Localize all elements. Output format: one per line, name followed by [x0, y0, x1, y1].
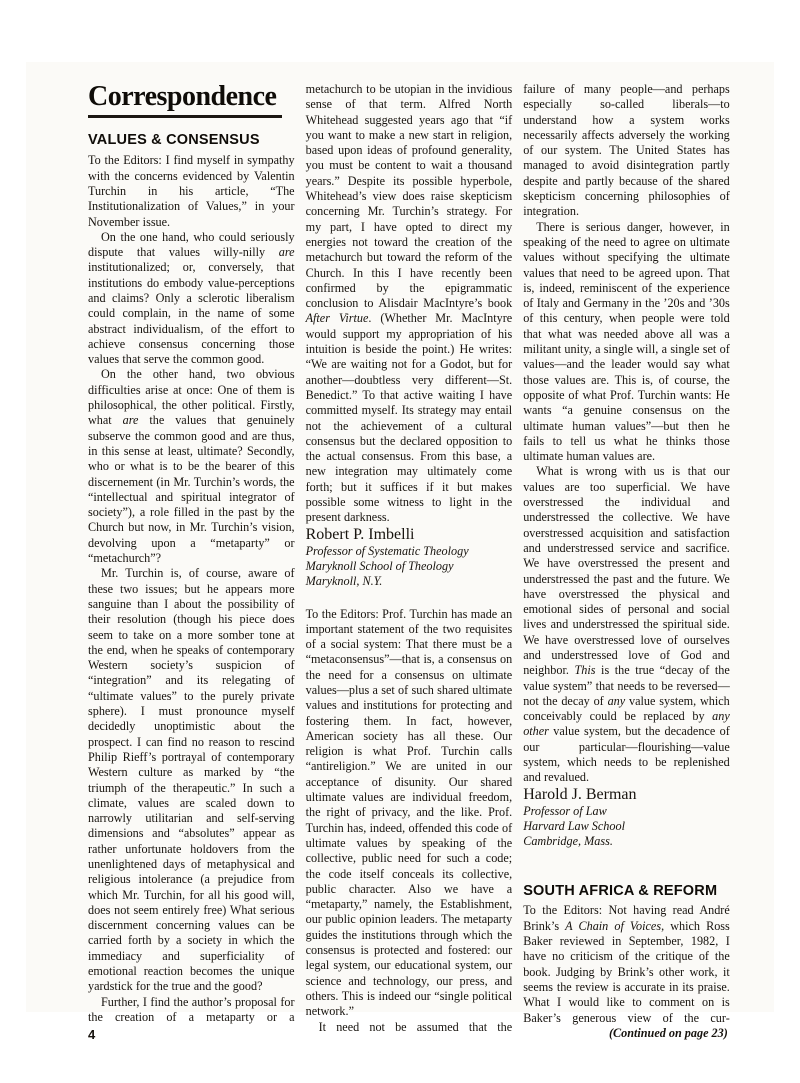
credential: Harvard Law School [523, 819, 730, 834]
paragraph: failure of many people—and perhaps espec… [523, 82, 730, 220]
credential: Maryknoll, N.Y. [306, 574, 513, 589]
paragraph: To the Editors: Not having read André Br… [523, 903, 730, 1025]
paragraph: On the other hand, two obvious difficult… [88, 367, 295, 566]
paragraph: metachurch to be utopian in the invidiou… [306, 82, 513, 526]
paragraph: There is serious danger, however, in spe… [523, 220, 730, 465]
column-2: metachurch to be utopian in the invidiou… [306, 82, 513, 1042]
credential: Cambridge, Mass. [523, 834, 730, 849]
paragraph: To the Editors: I find myself in sympath… [88, 153, 295, 229]
paragraph: Mr. Turchin is, of course, aware of thes… [88, 566, 295, 994]
page-title: Correspondence [88, 82, 282, 118]
letters-page: Correspondence VALUES & CONSENSUSTo the … [88, 82, 730, 1042]
section-heading: VALUES & CONSENSUS [88, 133, 295, 149]
signature-name: Harold J. Berman [523, 786, 730, 804]
credential: Maryknoll School of Theology [306, 559, 513, 574]
column-3: failure of many people—and perhaps espec… [523, 82, 730, 1042]
paragraph: On the one hand, who could seriously dis… [88, 230, 295, 368]
page-number: 4 [88, 1027, 295, 1042]
paragraph: To the Editors: Prof. Turchin has made a… [306, 607, 513, 1020]
column-1: Correspondence VALUES & CONSENSUSTo the … [88, 82, 295, 1042]
signature-name: Robert P. Imbelli [306, 526, 513, 544]
credential: Professor of Law [523, 804, 730, 819]
paragraph: It need not be assumed that the [306, 1020, 513, 1035]
section-heading: SOUTH AFRICA & REFORM [523, 884, 730, 900]
continued-note: (Continued on page 23) [523, 1026, 730, 1042]
credential: Professor of Systematic Theology [306, 544, 513, 559]
paragraph: What is wrong with us is that our values… [523, 464, 730, 785]
paragraph: Further, I find the author’s proposal fo… [88, 995, 295, 1026]
